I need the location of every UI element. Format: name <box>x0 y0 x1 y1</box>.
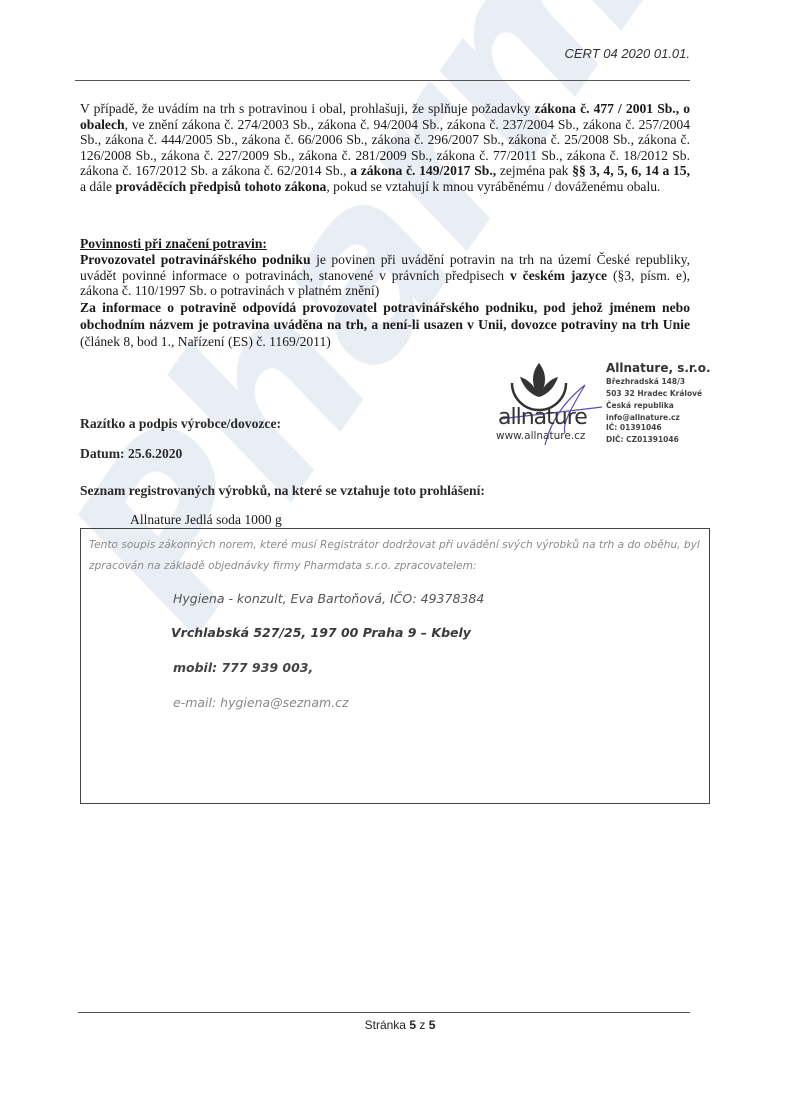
stamp-address-street: Březhradská 148/3 <box>606 377 685 386</box>
labeling-paragraph-2: Za informace o potravině odpovídá provoz… <box>80 299 690 350</box>
header-divider <box>75 80 690 81</box>
page-number: Stránka 5 z 5 <box>0 1018 800 1032</box>
stamp-ic: IČ: 01391046 <box>606 423 662 432</box>
processor-info-box: Tento soupis zákonných norem, které musí… <box>80 528 710 804</box>
stamp-address-country: Česká republika <box>606 401 674 410</box>
processor-mobile: mobil: 777 939 003, <box>173 660 313 675</box>
date-field: Datum: 25.6.2020 <box>80 446 182 462</box>
document-code: CERT 04 2020 01.01. <box>564 46 690 61</box>
footer-divider <box>78 1012 690 1013</box>
processor-intro: Tento soupis zákonných norem, které musí… <box>89 535 704 577</box>
date-value: 25.6.2020 <box>128 446 182 461</box>
stamp-company-name: Allnature, s.r.o. <box>606 361 711 375</box>
stamp-dic: DIČ: CZ01391046 <box>606 435 679 444</box>
labeling-paragraph-1: Provozovatel potravinářského podniku je … <box>80 252 690 299</box>
company-stamp: allnature www.allnature.cz Allnature, s.… <box>490 355 720 450</box>
date-label: Datum: <box>80 446 128 461</box>
labeling-section-title: Povinnosti při značení potravin: <box>80 236 267 252</box>
product-item: Allnature Jedlá soda 1000 g <box>130 512 282 528</box>
processor-email: e-mail: hygiena@seznam.cz <box>173 695 349 710</box>
stamp-email: info@allnature.cz <box>606 413 680 422</box>
processor-address: Vrchlabská 527/25, 197 00 Praha 9 – Kbel… <box>171 625 471 640</box>
signature-label: Razítko a podpis výrobce/dovozce: <box>80 416 281 432</box>
products-heading: Seznam registrovaných výrobků, na které … <box>80 483 485 499</box>
logo-url: www.allnature.cz <box>496 430 585 442</box>
packaging-declaration: V případě, že uvádím na trh s potravinou… <box>80 101 690 195</box>
processor-name: Hygiena - konzult, Eva Bartoňová, IČO: 4… <box>173 591 484 606</box>
logo-wordmark: allnature <box>498 405 587 430</box>
stamp-address-city: 503 32 Hradec Králové <box>606 389 702 398</box>
